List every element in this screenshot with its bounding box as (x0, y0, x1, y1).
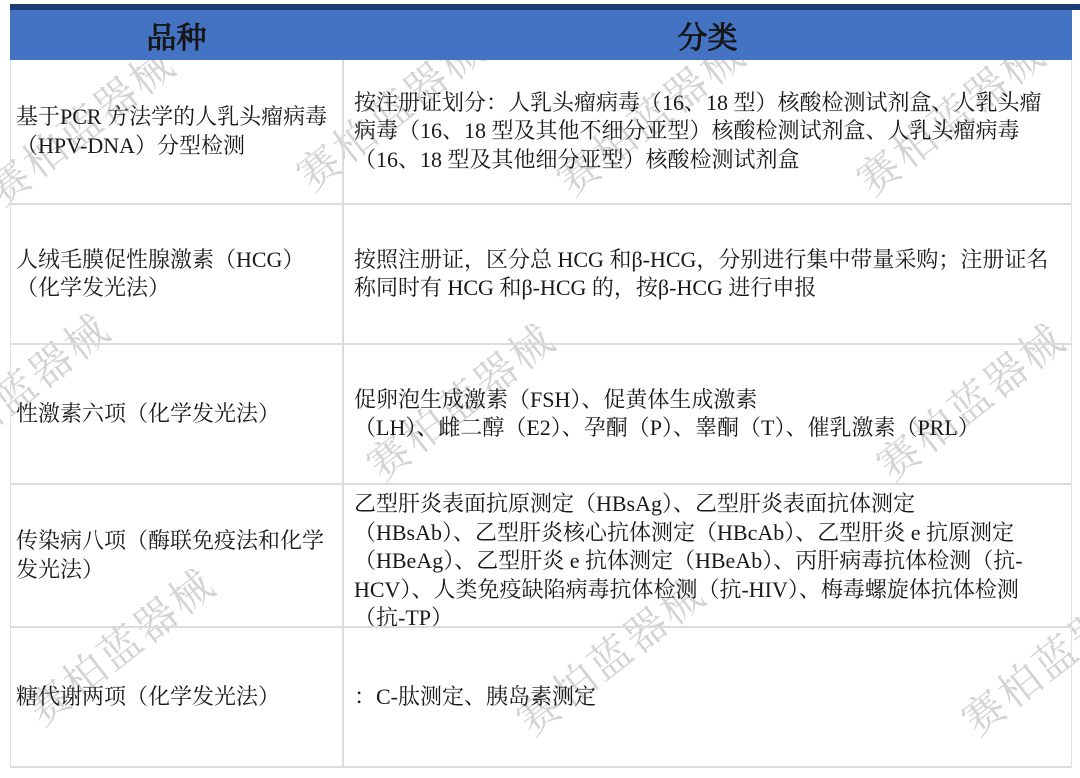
table-row: 基于PCR 方法学的人乳头瘤病毒（HPV-DNA）分型检测 按注册证划分：人乳头… (11, 60, 1071, 205)
table-header-row: 品种 分类 (10, 10, 1072, 60)
classification-cell: 按注册证划分：人乳头瘤病毒（16、18 型）核酸检测试剂盒、人乳头瘤病毒（16、… (344, 60, 1071, 203)
classification-table: 品种 分类 基于PCR 方法学的人乳头瘤病毒（HPV-DNA）分型检测 按注册证… (10, 10, 1072, 768)
classification-text: 促卵泡生成激素（FSH）、促黄体生成激素 （LH）、雌二醇（E2）、孕酮（P）、… (354, 386, 980, 443)
column-header-classification: 分类 (343, 10, 1072, 60)
column-header-variety-label: 品种 (147, 13, 207, 57)
table-row: 性激素六项（化学发光法） 促卵泡生成激素（FSH）、促黄体生成激素 （LH）、雌… (11, 345, 1071, 485)
table-top-accent-line (10, 4, 1080, 10)
table-row: 糖代谢两项（化学发光法） ：C-肽测定、胰岛素测定 (11, 628, 1071, 768)
variety-text: 传染病八项（酶联免疫法和化学发光法） (16, 527, 338, 584)
classification-text: 乙型肝炎表面抗原测定（HBsAg）、乙型肝炎表面抗体测定 （HBsAb）、乙型肝… (354, 490, 1061, 626)
column-header-variety: 品种 (10, 10, 343, 60)
variety-text: 基于PCR 方法学的人乳头瘤病毒（HPV-DNA）分型检测 (16, 103, 338, 160)
variety-text: 糖代谢两项（化学发光法） (16, 683, 280, 712)
variety-text: 人绒毛膜促性腺激素（HCG） （化学发光法） (16, 246, 304, 303)
variety-text: 性激素六项（化学发光法） (16, 400, 280, 429)
variety-cell: 传染病八项（酶联免疫法和化学发光法） (11, 485, 344, 626)
table-row: 传染病八项（酶联免疫法和化学发光法） 乙型肝炎表面抗原测定（HBsAg）、乙型肝… (11, 485, 1071, 628)
table-row: 人绒毛膜促性腺激素（HCG） （化学发光法） 按照注册证，区分总 HCG 和β-… (11, 205, 1071, 345)
variety-cell: 性激素六项（化学发光法） (11, 345, 344, 483)
classification-text: 按注册证划分：人乳头瘤病毒（16、18 型）核酸检测试剂盒、人乳头瘤病毒（16、… (354, 89, 1061, 175)
classification-text: ：C-肽测定、胰岛素测定 (354, 683, 596, 712)
classification-cell: ：C-肽测定、胰岛素测定 (344, 628, 1071, 766)
classification-cell: 促卵泡生成激素（FSH）、促黄体生成激素 （LH）、雌二醇（E2）、孕酮（P）、… (344, 345, 1071, 483)
variety-cell: 人绒毛膜促性腺激素（HCG） （化学发光法） (11, 205, 344, 343)
variety-cell: 糖代谢两项（化学发光法） (11, 628, 344, 766)
classification-cell: 乙型肝炎表面抗原测定（HBsAg）、乙型肝炎表面抗体测定 （HBsAb）、乙型肝… (344, 485, 1071, 626)
table-body: 基于PCR 方法学的人乳头瘤病毒（HPV-DNA）分型检测 按注册证划分：人乳头… (10, 60, 1072, 768)
classification-cell: 按照注册证，区分总 HCG 和β-HCG，分别进行集中带量采购；注册证名称同时有… (344, 205, 1071, 343)
variety-cell: 基于PCR 方法学的人乳头瘤病毒（HPV-DNA）分型检测 (11, 60, 344, 203)
classification-text: 按照注册证，区分总 HCG 和β-HCG，分别进行集中带量采购；注册证名称同时有… (354, 246, 1061, 303)
column-header-classification-label: 分类 (678, 13, 738, 57)
